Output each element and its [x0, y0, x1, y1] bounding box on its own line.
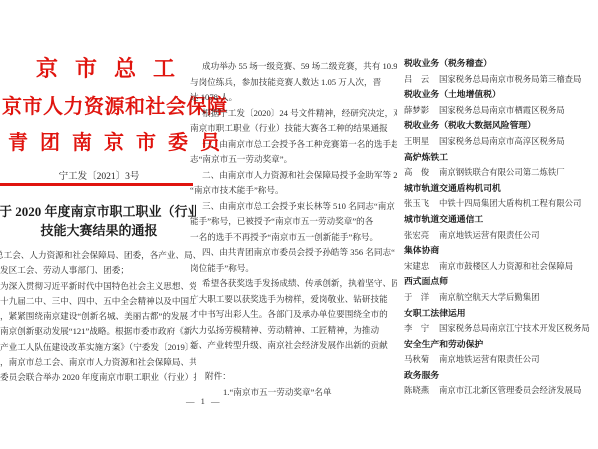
body-line: 发区工会、劳动人事部门、团委；: [0, 263, 196, 278]
award-category: 高炉炼铁工: [404, 150, 598, 166]
award-list: 税收业务（税务稽查） 吕 云国家税务总局南京市税务局第三稽查局 税收业务（土地增…: [404, 56, 598, 399]
winner-name: 陈晓燕: [404, 383, 439, 399]
attachment-item: 1.“南京市五一劳动奖章”名单: [188, 385, 397, 401]
award-winner-row: 马秋菊南京地铁运营有限责任公司: [404, 352, 598, 368]
attachment-label: 附件：: [188, 369, 397, 385]
winner-name: 张宏亮: [404, 228, 439, 244]
body-line: 根据宁工发〔2020〕24 号文件精神，经研究决定，对: [188, 106, 397, 122]
body-line: 三、由南京市总工会授予束长林等 510 名同志“南京: [188, 199, 397, 215]
winner-organization: 南京地铁运营有限责任公司: [439, 231, 540, 240]
award-category: 税收业务（税收大数据风险管理）: [404, 118, 598, 134]
winner-name: 于 洋: [404, 290, 439, 306]
scanned-document: { "meta": { "accent_red": "#e0140e", "ba…: [0, 0, 598, 449]
body-line: 新、产业转型升级、南京社会经济发展作出新的贡献: [188, 338, 397, 354]
award-winner-row: 张玉飞中铁十四局集团大盾构机工程有限公司: [404, 196, 598, 212]
body-line: 岗位能手”称号。: [188, 261, 397, 277]
page-1: 宁工发〔2021〕3号 关于 2020 年度南京市职工职业（行业） 技能大赛结果…: [0, 0, 196, 449]
winner-organization: 南京钢铁联合有限公司第二炼铁厂: [439, 168, 565, 177]
document-title-line-2: 技能大赛结果的通报: [0, 220, 196, 239]
body-line: “南京市技术能手”称号。: [188, 183, 397, 199]
winner-name: 宋建忠: [404, 259, 439, 275]
body-line: 与岗位练兵，参加技能竞赛人数达 1.05 万人次，晋: [188, 75, 397, 91]
body-line: 达 1078 人。: [188, 90, 397, 106]
body-line: ，南京市总工会、南京市人力资源和社会保障局、共青: [0, 355, 196, 370]
blank-line: [188, 354, 397, 370]
winner-organization: 国家税务总局南京市栖霞区税务局: [439, 106, 565, 115]
body-line: 一名的选手不再授予“南京市五一创新能手”称号。: [188, 230, 397, 246]
award-category: 城市轨道交通盾构机司机: [404, 181, 598, 197]
winner-organization: 国家税务总局南京江宁技术开发区税务局: [439, 324, 590, 333]
winner-name: 吕 云: [404, 72, 439, 88]
page-1-body: 总工会、人力资源和社会保障局、团委，各产业、局、 发区工会、劳动人事部门、团委；…: [0, 248, 196, 386]
body-line: 十九届二中、三中、四中、五中全会精神以及中国工: [0, 294, 196, 309]
winner-name: 李 宁: [404, 321, 439, 337]
winner-organization: 中铁十四局集团大盾构机工程有限公司: [439, 199, 581, 208]
winner-name: 王明星: [404, 134, 439, 150]
winner-name: 张玉飞: [404, 196, 439, 212]
body-line: 成功举办 55 场一级竞赛、59 场二级竞赛，共有 10.9: [188, 59, 397, 75]
body-line: 为深入贯彻习近平新时代中国特色社会主义思想、党的: [0, 279, 196, 294]
body-line: 希望各获奖选手发扬成绩、传承创新，执着坚守、匠心: [188, 276, 397, 292]
award-winner-row: 于 洋南京航空航天大学后勤集团: [404, 290, 598, 306]
award-winner-row: 宋建忠南京市鼓楼区人力资源和社会保障局: [404, 259, 598, 275]
winner-organization: 南京航空航天大学后勤集团: [439, 293, 540, 302]
body-line: 能手”称号，已被授予“南京市五一劳动奖章”的各: [188, 214, 397, 230]
award-winner-row: 薛梦影国家税务总局南京市栖霞区税务局: [404, 103, 598, 119]
document-number: 宁工发〔2021〕3号: [0, 168, 196, 182]
winner-organization: 国家税务总局南京市税务局第三稽查局: [439, 75, 581, 84]
award-winner-row: 王明星国家税务总局南京市高淳区税务局: [404, 134, 598, 150]
page-2-body: 成功举办 55 场一级竞赛、59 场二级竞赛，共有 10.9 与岗位练兵，参加技…: [188, 59, 397, 400]
award-category: 政务服务: [404, 368, 598, 384]
page-3: 税收业务（税务稽查） 吕 云国家税务总局南京市税务局第三稽查局 税收业务（土地增…: [397, 0, 598, 449]
award-winner-row: 陈晓燕南京市江北新区管理委员会经济发展局: [404, 383, 598, 399]
winner-name: 薛梦影: [404, 103, 439, 119]
award-category: 安全生产和劳动保护: [404, 337, 598, 353]
award-winner-row: 李 宁国家税务总局南京江宁技术开发区税务局: [404, 321, 598, 337]
body-line: 大力弘扬劳模精神、劳动精神、工匠精神，为推动: [188, 323, 397, 339]
winner-organization: 南京市江北新区管理委员会经济发展局: [439, 386, 581, 395]
body-line: 四、由共青团南京市委员会授予孙皓等 356 名同志“: [188, 245, 397, 261]
award-category: 税收业务（税务稽查）: [404, 56, 598, 72]
body-line: 二、由南京市人力资源和社会保障局授予金助军等 26: [188, 168, 397, 184]
body-line: 委员会联合举办 2020 年度南京市职工职业（行业）技: [0, 370, 196, 385]
winner-organization: 国家税务总局南京市高淳区税务局: [439, 137, 565, 146]
document-title-line-1: 关于 2020 年度南京市职工职业（行业）: [0, 201, 196, 220]
award-winner-row: 张宏亮南京地铁运营有限责任公司: [404, 228, 598, 244]
winner-organization: 南京地铁运营有限责任公司: [439, 355, 540, 364]
page-2: 成功举办 55 场一级竞赛、59 场二级竞赛，共有 10.9 与岗位练兵，参加技…: [188, 0, 397, 449]
body-line: 广大职工要以获奖选手为榜样，爱岗敬业、钻研技能: [188, 292, 397, 308]
award-category: 女职工法律运用: [404, 306, 598, 322]
award-category: 集体协商: [404, 243, 598, 259]
award-category: 城市轨道交通通信工: [404, 212, 598, 228]
winner-name: 高 俊: [404, 165, 439, 181]
award-category: 西式面点师: [404, 274, 598, 290]
body-line: 总工会、人力资源和社会保障局、团委，各产业、局、: [0, 248, 196, 263]
winner-name: 马秋菊: [404, 352, 439, 368]
award-winner-row: 吕 云国家税务总局南京市税务局第三稽查局: [404, 72, 598, 88]
winner-organization: 南京市鼓楼区人力资源和社会保障局: [439, 262, 573, 271]
body-line: 产业工人队伍建设改革实施方案》（宁委发〔2019〕42: [0, 340, 196, 355]
body-line: ，紧紧围绕南京建设“创新名城、美丽古都”的发展: [0, 309, 196, 324]
body-line: 一、由南京市总工会授予各工种竞赛第一名的选手赵: [188, 137, 397, 153]
award-category: 税收业务（土地增值税）: [404, 87, 598, 103]
award-winner-row: 高 俊南京钢铁联合有限公司第二炼铁厂: [404, 165, 598, 181]
body-line: 南京创新驱动发展“121”战略。根据市委市政府《新: [0, 324, 196, 339]
body-line: 才中书写出彩人生。各部门及承办单位要围绕全市的: [188, 307, 397, 323]
body-line: 志“南京市五一劳动奖章”。: [188, 152, 397, 168]
body-line: 南京市职工职业（行业）技能大赛各工种的结果通报: [188, 121, 397, 137]
